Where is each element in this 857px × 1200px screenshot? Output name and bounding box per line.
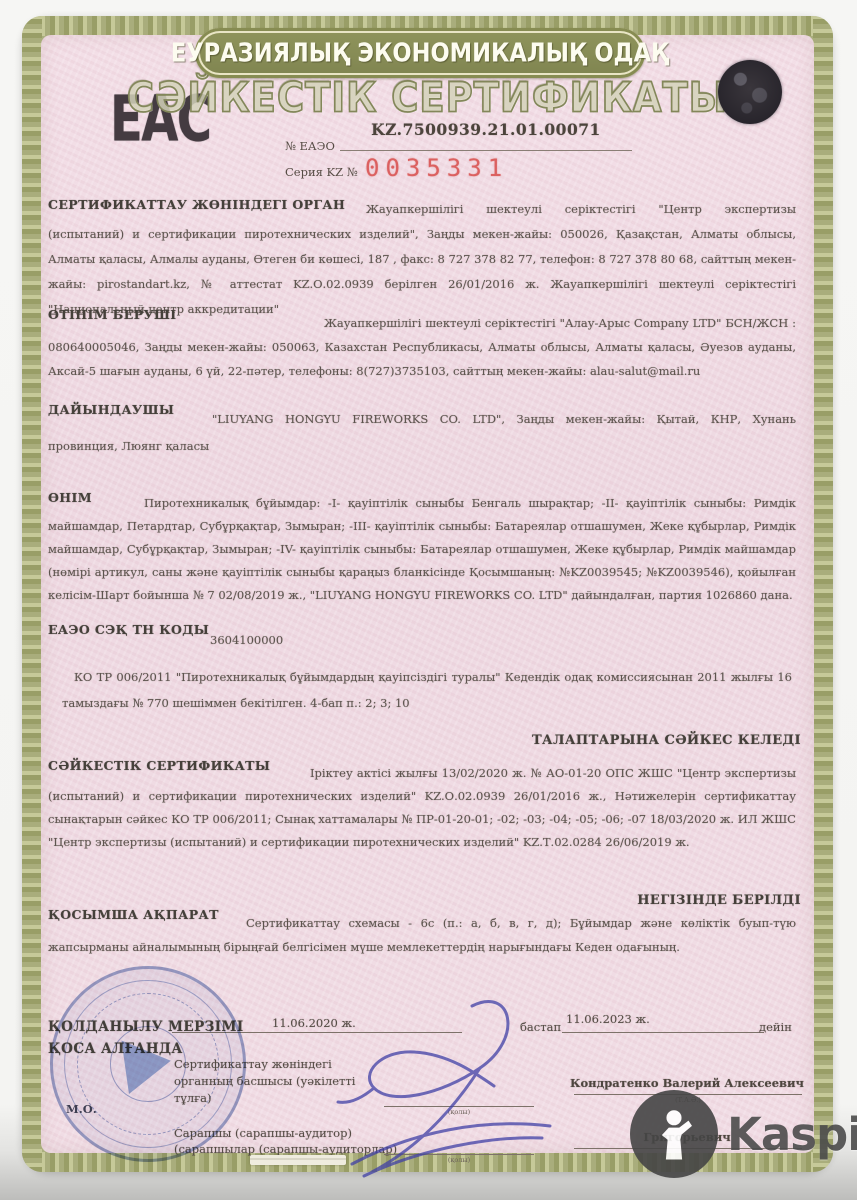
kaspi-watermark-text: Kaspi.kz — [727, 1108, 857, 1161]
frame-edge-right — [813, 16, 833, 1172]
frame-edge-left — [22, 16, 42, 1172]
org-section-text: Жауапкершілігі шектеулі серіктестігі "Це… — [48, 197, 796, 322]
kaspi-logo-icon — [630, 1090, 718, 1178]
org-section-label: СЕРТИФИКАТТАУ ЖӨНІНДЕГІ ОРГАН — [48, 197, 345, 212]
stamp-triangle-icon — [121, 1034, 174, 1094]
tnved-code-value: 3604100000 — [210, 628, 283, 653]
hologram-seal-icon — [718, 60, 782, 124]
union-banner-text: ЕУРАЗИЯЛЫҚ ЭКОНОМИКАЛЫҚ ОДАҚ — [171, 38, 669, 68]
validity-to-word: дейін — [759, 1020, 792, 1034]
product-section-text: Пиротехникалық бұйымдар: -I- қауіптілік … — [48, 492, 796, 607]
union-banner: ЕУРАЗИЯЛЫҚ ЭКОНОМИКАЛЫҚ ОДАҚ — [195, 28, 645, 78]
regulation-paragraph: КО ТР 006/2011 "Пиротехникалық бұйымдард… — [62, 664, 792, 716]
additional-info-label: ҚОСЫМША АҚПАРАТ — [48, 907, 219, 922]
product-section-label: ӨНІМ — [48, 490, 92, 505]
series-number: 0035331 — [365, 154, 508, 182]
validity-to-line — [562, 1032, 764, 1033]
kaspi-watermark: Kaspi.kz — [630, 1090, 857, 1178]
manufacturer-section-label: ДАЙЫНДАУШЫ — [48, 402, 174, 417]
conformity-basis-text: Іріктеу актісі жылғы 13/02/2020 ж. № АО-… — [48, 762, 796, 854]
applicant-section-label: ӨТІНІМ БЕРУШІ — [48, 307, 177, 322]
conformity-basis-label: СӘЙКЕСТІК СЕРТИФИКАТЫ — [48, 758, 270, 773]
certificate-sheet: ЕУРАЗИЯЛЫҚ ЭКОНОМИКАЛЫҚ ОДАҚ ЕАС СӘЙКЕСТ… — [22, 16, 833, 1172]
complies-heading: ТАЛАПТАРЫНА СӘЙКЕС КЕЛЕДІ — [532, 733, 801, 748]
certificate-number-value: KZ.7500939.21.01.00071 — [340, 120, 632, 151]
tnved-code-label: ЕАЭО СЭҚ ТН КОДЫ — [48, 622, 209, 637]
certificate-number-label: № ЕАЭО — [285, 139, 335, 153]
mo-seal-label: М.О. — [66, 1102, 97, 1116]
org-head-name: Кондратенко Валерий Алексеевич — [567, 1076, 807, 1090]
series-label: Серия KZ № — [285, 165, 358, 179]
certificate-title: СӘЙКЕСТІК СЕРТИФИКАТЫ — [22, 74, 833, 121]
round-stamp-icon — [50, 966, 246, 1162]
signature-ink — [322, 986, 582, 1186]
issued-heading: НЕГІЗІНДЕ БЕРІЛДІ — [637, 893, 801, 908]
